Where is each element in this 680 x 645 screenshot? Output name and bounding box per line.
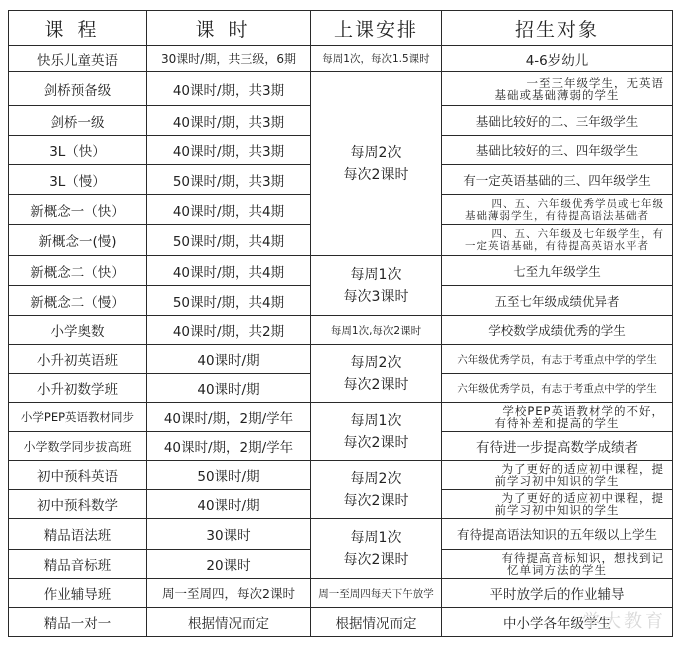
course-schedule: 每周1次，每次1.5课时 <box>311 46 442 72</box>
course-hours: 周一至周四，每次2课时 <box>147 579 311 608</box>
course-name: 初中预科数学 <box>9 490 147 519</box>
course-target: 为了更好的适应初中课程，提 前学习初中知识的学生 <box>442 490 673 519</box>
course-hours: 50课时/期 <box>147 461 311 490</box>
table-row: 作业辅导班 周一至周四，每次2课时 周一至周四每天下午放学 平时放学后的作业辅导 <box>9 579 673 608</box>
course-name: 新概念一（快） <box>9 195 147 225</box>
course-target: 有待提高语法知识的五年级以上学生 <box>442 519 673 550</box>
course-target: 有待进一步提高数学成绩者 <box>442 432 673 461</box>
course-target: 为了更好的适应初中课程，提 前学习初中知识的学生 <box>442 461 673 490</box>
header-schedule: 上课安排 <box>311 11 442 46</box>
course-target: 七至九年级学生 <box>442 256 673 286</box>
course-schedule-merged: 每周1次 每次2课时 <box>311 519 442 579</box>
course-hours: 40课时/期，2期/学年 <box>147 403 311 432</box>
table-row: 快乐儿童英语 30课时/期，共三级，6期 每周1次，每次1.5课时 4-6岁幼儿 <box>9 46 673 72</box>
header-course: 课程 <box>9 11 147 46</box>
course-hours: 40课时/期，共3期 <box>147 136 311 165</box>
course-name: 小升初数学班 <box>9 374 147 403</box>
course-schedule-merged: 每周1次 每次3课时 <box>311 256 442 316</box>
course-hours: 40课时/期 <box>147 345 311 374</box>
course-name: 精品一对一 <box>9 608 147 637</box>
table-row: 精品一对一 根据情况而定 根据情况而定 中小学各年级学生 <box>9 608 673 637</box>
course-hours: 40课时/期，共3期 <box>147 72 311 106</box>
course-hours: 30课时 <box>147 519 311 550</box>
course-target: 基础比较好的三、四年级学生 <box>442 136 673 165</box>
header-target: 招生对象 <box>442 11 673 46</box>
course-target: 四、五、六年级及七年级学生，有 一定英语基础，有待提高英语水平者 <box>442 225 673 256</box>
course-schedule: 周一至周四每天下午放学 <box>311 579 442 608</box>
course-name: 精品语法班 <box>9 519 147 550</box>
course-target: 学校数学成绩优秀的学生 <box>442 316 673 345</box>
table-row: 精品语法班 30课时 每周1次 每次2课时 有待提高语法知识的五年级以上学生 <box>9 519 673 550</box>
course-hours: 50课时/期，共4期 <box>147 225 311 256</box>
table-row: 小学奥数 40课时/期，共2期 每周1次,每次2课时 学校数学成绩优秀的学生 <box>9 316 673 345</box>
course-target: 六年级优秀学员，有志于考重点中学的学生 <box>442 374 673 403</box>
course-hours: 20课时 <box>147 550 311 579</box>
course-name: 剑桥一级 <box>9 106 147 136</box>
course-hours: 40课时/期，共4期 <box>147 195 311 225</box>
course-name: 快乐儿童英语 <box>9 46 147 72</box>
header-hours: 课时 <box>147 11 311 46</box>
course-hours: 40课时/期 <box>147 490 311 519</box>
course-name: 新概念二（快） <box>9 256 147 286</box>
course-schedule-merged: 每周1次 每次2课时 <box>311 403 442 461</box>
table-row: 剑桥预备级 40课时/期，共3期 每周2次 每次2课时 一至三年级学生，无英语 … <box>9 72 673 106</box>
course-hours: 30课时/期，共三级，6期 <box>147 46 311 72</box>
course-name: 小升初英语班 <box>9 345 147 374</box>
course-name: 小学奥数 <box>9 316 147 345</box>
course-target: 4-6岁幼儿 <box>442 46 673 72</box>
course-target: 一至三年级学生，无英语 基础或基础薄弱的学生 <box>442 72 673 106</box>
course-target: 有待提高音标知识，想找到记 忆单词方法的学生 <box>442 550 673 579</box>
course-name: 剑桥预备级 <box>9 72 147 106</box>
course-name: 初中预科英语 <box>9 461 147 490</box>
course-hours: 根据情况而定 <box>147 608 311 637</box>
course-name: 新概念二（慢） <box>9 286 147 316</box>
course-schedule-table: 课程 课时 上课安排 招生对象 快乐儿童英语 30课时/期，共三级，6期 每周1… <box>8 10 673 637</box>
course-name: 小学PEP英语教材同步 <box>9 403 147 432</box>
course-name: 精品音标班 <box>9 550 147 579</box>
course-target: 四、五、六年级优秀学员或七年级 基础薄弱学生，有待提高语法基础者 <box>442 195 673 225</box>
course-target: 学校PEP英语教材学的不好， 有待补差和提高的学生 <box>442 403 673 432</box>
course-hours: 40课时/期，共3期 <box>147 106 311 136</box>
course-schedule-merged: 每周2次 每次2课时 <box>311 72 442 256</box>
table-row: 小升初英语班 40课时/期 每周2次 每次2课时 六年级优秀学员，有志于考重点中… <box>9 345 673 374</box>
course-hours: 40课时/期，2期/学年 <box>147 432 311 461</box>
course-name: 作业辅导班 <box>9 579 147 608</box>
course-name: 小学数学同步拔高班 <box>9 432 147 461</box>
course-hours: 40课时/期，共4期 <box>147 256 311 286</box>
table-row: 初中预科英语 50课时/期 每周2次 每次2课时 为了更好的适应初中课程，提 前… <box>9 461 673 490</box>
table-row: 小学PEP英语教材同步 40课时/期，2期/学年 每周1次 每次2课时 学校PE… <box>9 403 673 432</box>
course-target: 有一定英语基础的三、四年级学生 <box>442 165 673 195</box>
course-hours: 40课时/期，共2期 <box>147 316 311 345</box>
course-target: 基础比较好的二、三年级学生 <box>442 106 673 136</box>
course-target: 五至七年级成绩优异者 <box>442 286 673 316</box>
course-hours: 40课时/期 <box>147 374 311 403</box>
header-row: 课程 课时 上课安排 招生对象 <box>9 11 673 46</box>
course-hours: 50课时/期，共4期 <box>147 286 311 316</box>
course-name: 3L（慢） <box>9 165 147 195</box>
course-hours: 50课时/期，共3期 <box>147 165 311 195</box>
course-schedule-merged: 每周2次 每次2课时 <box>311 345 442 403</box>
course-name: 新概念一(慢) <box>9 225 147 256</box>
watermark: 学大教育 <box>582 607 666 633</box>
course-target: 平时放学后的作业辅导 <box>442 579 673 608</box>
course-schedule-merged: 每周2次 每次2课时 <box>311 461 442 519</box>
course-schedule: 根据情况而定 <box>311 608 442 637</box>
course-name: 3L（快） <box>9 136 147 165</box>
course-target: 六年级优秀学员，有志于考重点中学的学生 <box>442 345 673 374</box>
course-schedule: 每周1次,每次2课时 <box>311 316 442 345</box>
table-row: 新概念二（快） 40课时/期，共4期 每周1次 每次3课时 七至九年级学生 <box>9 256 673 286</box>
